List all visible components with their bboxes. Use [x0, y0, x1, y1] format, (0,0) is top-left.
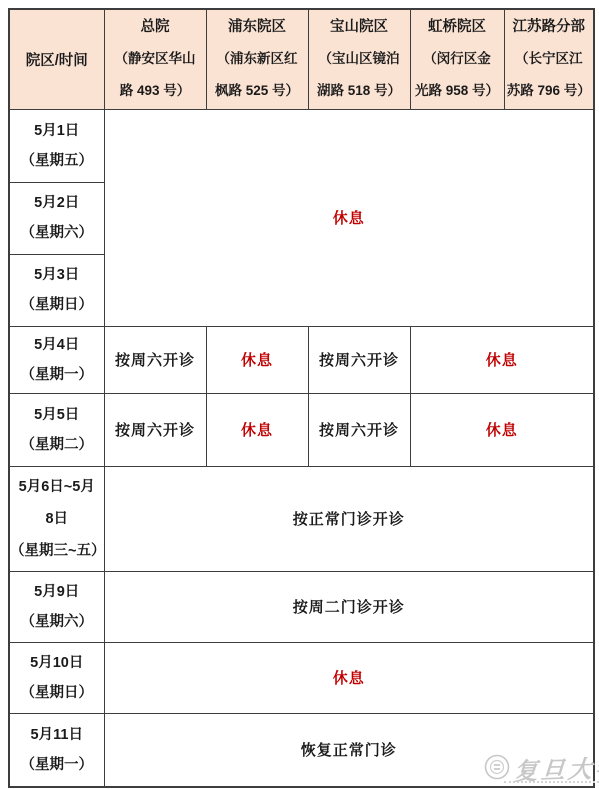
schedule-cell-may5-hongqiao-jiangsulu: 休息 [410, 393, 594, 466]
column-header-zongyuan: 总院 （静安区华山 路 493 号） [104, 9, 206, 109]
schedule-cell-may5-zongyuan: 按周六开诊 [104, 393, 206, 466]
resume-normal-clinic-label: 恢复正常门诊 [301, 742, 397, 759]
weekday-label: （星期三~五） [10, 535, 104, 567]
row-may10: 5月10日 （星期日） 休息 [9, 642, 594, 713]
row-may9: 5月9日 （星期六） 按周二门诊开诊 [9, 571, 594, 642]
date-label: 5月2日 [10, 188, 104, 218]
campus-address-line2: 苏路 796 号） [505, 75, 594, 107]
campus-name: 虹桥院区 [411, 11, 504, 43]
date-cell-may1: 5月1日 （星期五） [9, 109, 104, 182]
campus-name: 宝山院区 [309, 11, 410, 43]
date-label: 5月6日~5月 [10, 471, 104, 503]
date-cell-may2: 5月2日 （星期六） [9, 182, 104, 254]
campus-address-line1: （浦东新区红 [207, 43, 308, 75]
campus-name: 总院 [105, 11, 206, 43]
rest-label: 休息 [333, 670, 365, 687]
weekday-label: （星期一） [10, 750, 104, 780]
weekday-label: （星期六） [10, 218, 104, 248]
campus-name: 浦东院区 [207, 11, 308, 43]
corner-header-cell: 院区/时间 [9, 9, 104, 109]
weekday-label: （星期二） [10, 430, 104, 460]
campus-address-line2: 湖路 518 号） [309, 75, 410, 107]
row-may11: 5月11日 （星期一） 恢复正常门诊 [9, 713, 594, 787]
date-label-line2: 8日 [10, 503, 104, 535]
column-header-pudong: 浦东院区 （浦东新区红 枫路 525 号） [206, 9, 308, 109]
rest-label: 休息 [486, 352, 518, 369]
column-header-hongqiao: 虹桥院区 （闵行区金 光路 958 号） [410, 9, 504, 109]
column-header-baoshan: 宝山院区 （宝山区镜泊 湖路 518 号） [308, 9, 410, 109]
schedule-cell-may4-hongqiao-jiangsulu: 休息 [410, 326, 594, 393]
header-row: 院区/时间 总院 （静安区华山 路 493 号） 浦东院区 （浦东新区红 枫路 … [9, 9, 594, 109]
campus-address-line1: （宝山区镜泊 [309, 43, 410, 75]
rest-label: 休息 [241, 352, 273, 369]
row-may1: 5月1日 （星期五） 休息 [9, 109, 594, 182]
date-cell-may9: 5月9日 （星期六） [9, 571, 104, 642]
schedule-cell-may5-baoshan: 按周六开诊 [308, 393, 410, 466]
weekday-label: （星期日） [10, 678, 104, 708]
date-cell-may5: 5月5日 （星期二） [9, 393, 104, 466]
schedule-cell-may5-pudong: 休息 [206, 393, 308, 466]
corner-header-label: 院区/时间 [26, 53, 88, 69]
campus-address-line1: （静安区华山 [105, 43, 206, 75]
date-label: 5月3日 [10, 260, 104, 290]
row-may4: 5月4日 （星期一） 按周六开诊 休息 按周六开诊 休息 [9, 326, 594, 393]
tuesday-clinic-label: 按周二门诊开诊 [293, 599, 405, 616]
weekday-label: （星期六） [10, 607, 104, 637]
weekday-label: （星期日） [10, 290, 104, 320]
date-label: 5月4日 [10, 330, 104, 360]
campus-address-line2: 光路 958 号） [411, 75, 504, 107]
open-as-saturday-label: 按周六开诊 [319, 422, 399, 439]
date-label: 5月1日 [10, 116, 104, 146]
open-as-saturday-label: 按周六开诊 [319, 352, 399, 369]
holiday-schedule-table: 院区/时间 总院 （静安区华山 路 493 号） 浦东院区 （浦东新区红 枫路 … [8, 8, 595, 788]
date-cell-may4: 5月4日 （星期一） [9, 326, 104, 393]
schedule-cell-may4-baoshan: 按周六开诊 [308, 326, 410, 393]
weekday-label: （星期一） [10, 360, 104, 390]
row-may6-8: 5月6日~5月 8日 （星期三~五） 按正常门诊开诊 [9, 466, 594, 571]
schedule-cell-may4-zongyuan: 按周六开诊 [104, 326, 206, 393]
rest-label: 休息 [241, 422, 273, 439]
rest-label: 休息 [486, 422, 518, 439]
date-label: 5月11日 [10, 720, 104, 750]
rest-label: 休息 [333, 210, 365, 227]
campus-name: 江苏路分部 [505, 11, 594, 43]
date-label: 5月5日 [10, 400, 104, 430]
schedule-cell-may1-3-all-campuses: 休息 [104, 109, 594, 326]
open-as-saturday-label: 按周六开诊 [115, 422, 195, 439]
schedule-cell-may4-pudong: 休息 [206, 326, 308, 393]
schedule-cell-may10-all-campuses: 休息 [104, 642, 594, 713]
column-header-jiangsulu: 江苏路分部 （长宁区江 苏路 796 号） [504, 9, 594, 109]
campus-address-line2: 枫路 525 号） [207, 75, 308, 107]
schedule-cell-may9-all-campuses: 按周二门诊开诊 [104, 571, 594, 642]
date-label: 5月10日 [10, 648, 104, 678]
weekday-label: （星期五） [10, 146, 104, 176]
campus-address-line1: （闵行区金 [411, 43, 504, 75]
open-as-saturday-label: 按周六开诊 [115, 352, 195, 369]
date-cell-may10: 5月10日 （星期日） [9, 642, 104, 713]
row-may5: 5月5日 （星期二） 按周六开诊 休息 按周六开诊 休息 [9, 393, 594, 466]
campus-address-line1: （长宁区江 [505, 43, 594, 75]
page: 院区/时间 总院 （静安区华山 路 493 号） 浦东院区 （浦东新区红 枫路 … [0, 0, 599, 789]
date-cell-may11: 5月11日 （星期一） [9, 713, 104, 787]
schedule-cell-may6-8-all-campuses: 按正常门诊开诊 [104, 466, 594, 571]
date-label: 5月9日 [10, 577, 104, 607]
schedule-cell-may11-all-campuses: 恢复正常门诊 [104, 713, 594, 787]
date-cell-may6-8: 5月6日~5月 8日 （星期三~五） [9, 466, 104, 571]
date-cell-may3: 5月3日 （星期日） [9, 254, 104, 326]
campus-address-line2: 路 493 号） [105, 75, 206, 107]
normal-clinic-label: 按正常门诊开诊 [293, 511, 405, 528]
